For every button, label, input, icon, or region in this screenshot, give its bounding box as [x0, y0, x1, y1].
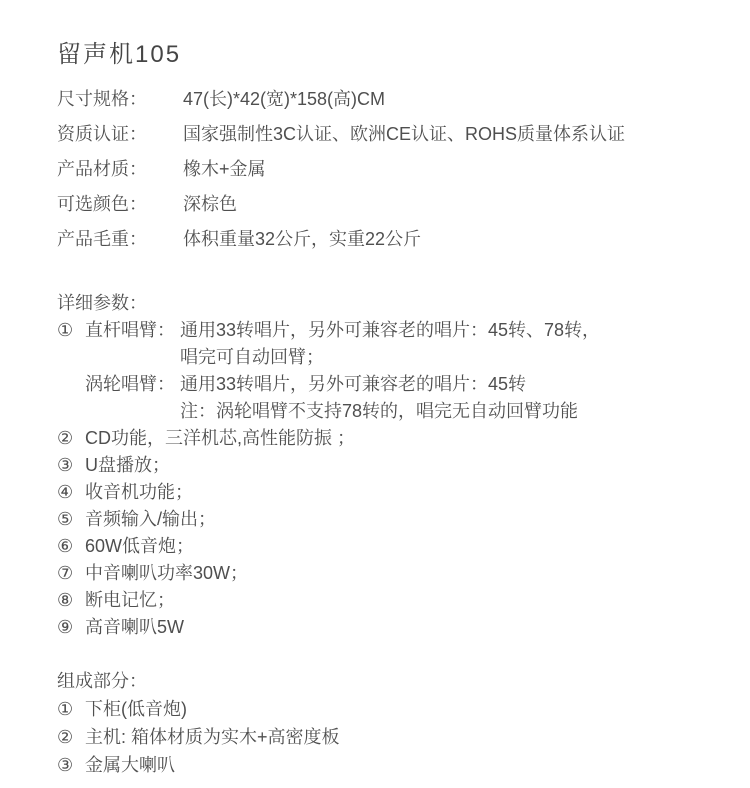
list-number: ⑥: [57, 533, 85, 560]
spec-value: 深棕色: [183, 187, 722, 222]
tonearm-value: 通用33转唱片，另外可兼容老的唱片：45转、78转，: [180, 317, 722, 344]
product-spec-page: 留声机105 尺寸规格： 47(长)*42(宽)*158(高)CM 资质认证： …: [0, 0, 750, 788]
spec-list: 尺寸规格： 47(长)*42(宽)*158(高)CM 资质认证： 国家强制性3C…: [57, 82, 722, 257]
spec-row-weight: 产品毛重： 体积重量32公斤，实重22公斤: [57, 222, 722, 257]
spec-label: 尺寸规格：: [57, 82, 183, 117]
tonearm-turbine-note: 注：涡轮唱臂不支持78转的，唱完无自动回臂功能: [57, 398, 722, 425]
tonearm-value: 唱完可自动回臂；: [180, 344, 324, 371]
list-number: ③: [57, 751, 85, 779]
tonearm-value: 通用33转唱片，另外可兼容老的唱片：45转: [180, 371, 722, 398]
spec-value: 体积重量32公斤，实重22公斤: [183, 222, 722, 257]
list-number: ⑦: [57, 560, 85, 587]
detail-item-radio: ④ 收音机功能；: [57, 479, 722, 506]
spec-label: 可选颜色：: [57, 187, 183, 222]
spec-label: 资质认证：: [57, 117, 183, 152]
detail-item-tweeter: ⑨ 高音喇叭5W: [57, 614, 722, 641]
detail-item-cd: ② CD功能，三洋机芯,高性能防振 ；: [57, 425, 722, 452]
list-number: ①: [57, 317, 85, 344]
detail-item-text: CD功能，三洋机芯,高性能防振 ；: [85, 425, 722, 452]
spec-row-certification: 资质认证： 国家强制性3C认证、欧洲CE认证、ROHS质量体系认证: [57, 117, 722, 152]
list-number: ⑧: [57, 587, 85, 614]
detailed-parameters-section: 详细参数： ① 直杆唱臂： 通用33转唱片，另外可兼容老的唱片：45转、78转，…: [57, 289, 722, 641]
list-number: ⑨: [57, 614, 85, 641]
spec-row-size: 尺寸规格： 47(长)*42(宽)*158(高)CM: [57, 82, 722, 117]
detail-item-midrange: ⑦ 中音喇叭功率30W；: [57, 560, 722, 587]
detail-item-text: 音频输入/输出；: [85, 506, 722, 533]
spec-value: 橡木+金属: [183, 152, 722, 187]
detail-item-power-memory: ⑧ 断电记忆；: [57, 587, 722, 614]
spec-value: 国家强制性3C认证、欧洲CE认证、ROHS质量体系认证: [183, 117, 722, 152]
component-item-main-unit: ② 主机: 箱体材质为实木+高密度板: [57, 723, 722, 751]
detail-item-text: 中音喇叭功率30W；: [85, 560, 722, 587]
spec-label: 产品毛重：: [57, 222, 183, 257]
product-title: 留声机105: [57, 40, 722, 70]
list-number-spacer: [57, 371, 85, 398]
spec-row-material: 产品材质： 橡木+金属: [57, 152, 722, 187]
tonearm-note-text: 注：涡轮唱臂不支持78转的，唱完无自动回臂功能: [180, 398, 578, 425]
spec-row-color: 可选颜色： 深棕色: [57, 187, 722, 222]
detail-item-usb: ③ U盘播放；: [57, 452, 722, 479]
components-heading: 组成部分：: [57, 667, 722, 695]
detailed-parameters-heading: 详细参数：: [57, 289, 722, 317]
spec-label: 产品材质：: [57, 152, 183, 187]
tonearm-straight-continuation: 唱完可自动回臂；: [57, 344, 722, 371]
component-item-cabinet: ① 下柜(低音炮): [57, 695, 722, 723]
tonearm-turbine-row: 涡轮唱臂： 通用33转唱片，另外可兼容老的唱片：45转: [57, 371, 722, 398]
detail-item-text: 收音机功能；: [85, 479, 722, 506]
component-item-text: 金属大喇叭: [85, 751, 722, 779]
spec-value: 47(长)*42(宽)*158(高)CM: [183, 82, 722, 117]
components-section: 组成部分： ① 下柜(低音炮) ② 主机: 箱体材质为实木+高密度板 ③ 金属大…: [57, 667, 722, 779]
component-item-text: 下柜(低音炮): [85, 695, 722, 723]
detail-item-subwoofer: ⑥ 60W低音炮；: [57, 533, 722, 560]
detail-item-text: 60W低音炮；: [85, 533, 722, 560]
tonearm-label: 直杆唱臂：: [85, 317, 180, 344]
list-number: ①: [57, 695, 85, 723]
list-number: ②: [57, 425, 85, 452]
detail-item-text: 高音喇叭5W: [85, 614, 722, 641]
component-item-text: 主机: 箱体材质为实木+高密度板: [85, 723, 722, 751]
list-number: ②: [57, 723, 85, 751]
tonearm-straight-row: ① 直杆唱臂： 通用33转唱片，另外可兼容老的唱片：45转、78转，: [57, 317, 722, 344]
component-item-horn: ③ 金属大喇叭: [57, 751, 722, 779]
detail-item-text: U盘播放；: [85, 452, 722, 479]
tonearm-label: 涡轮唱臂：: [85, 371, 180, 398]
list-number: ③: [57, 452, 85, 479]
list-number: ⑤: [57, 506, 85, 533]
detail-item-text: 断电记忆；: [85, 587, 722, 614]
detail-item-audio-io: ⑤ 音频输入/输出；: [57, 506, 722, 533]
list-number: ④: [57, 479, 85, 506]
